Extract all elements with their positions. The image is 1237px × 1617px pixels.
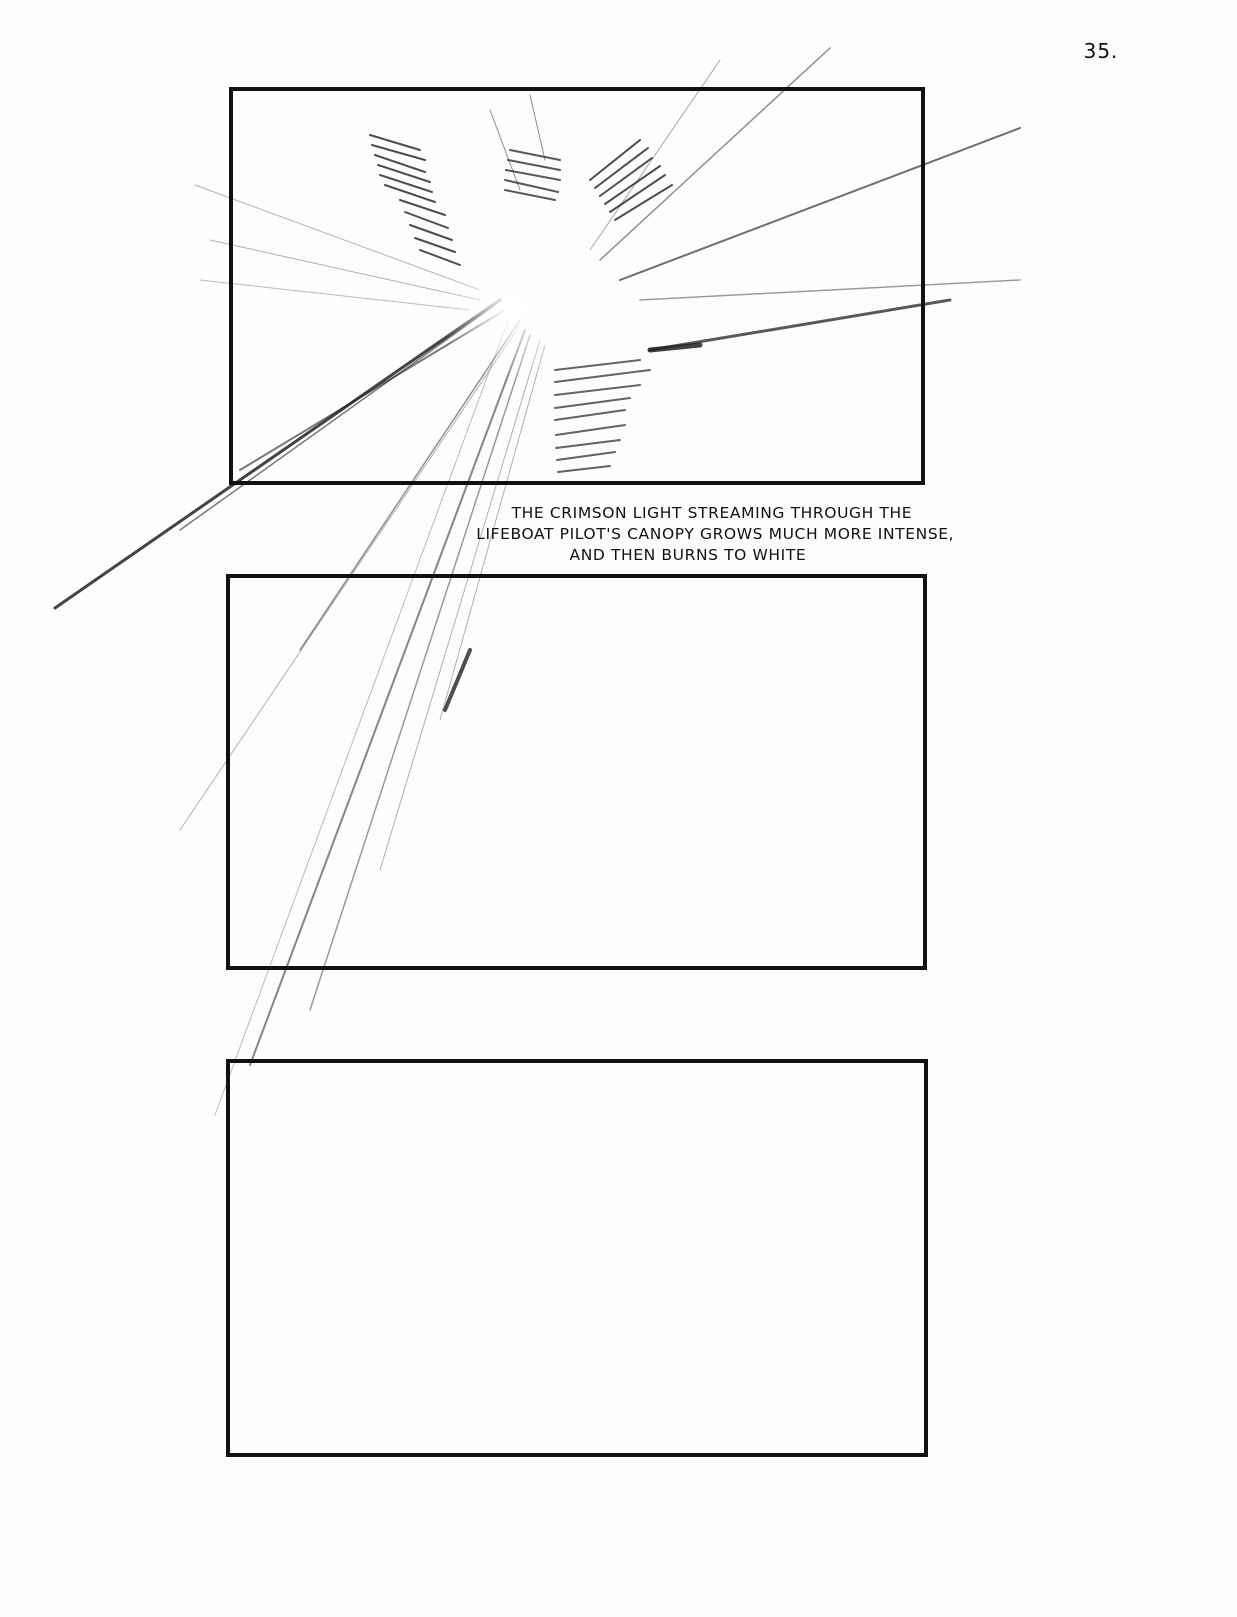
storyboard-panel-2 (226, 574, 926, 970)
page-number: 35. (1084, 39, 1119, 63)
storyboard-page: 35. THE CRIMSON LIGHT STREAMING THROUGH … (0, 0, 1237, 1617)
caption-line-3: AND THEN BURNS TO WHITE (476, 545, 1119, 566)
panel-caption: THE CRIMSON LIGHT STREAMING THROUGH THE … (476, 503, 1119, 566)
caption-line-2: LIFEBOAT PILOT'S CANOPY GROWS MUCH MORE … (476, 524, 1119, 545)
storyboard-panel-3 (226, 1059, 927, 1457)
storyboard-panel-1 (229, 87, 925, 485)
caption-line-1: THE CRIMSON LIGHT STREAMING THROUGH THE (476, 503, 1119, 524)
